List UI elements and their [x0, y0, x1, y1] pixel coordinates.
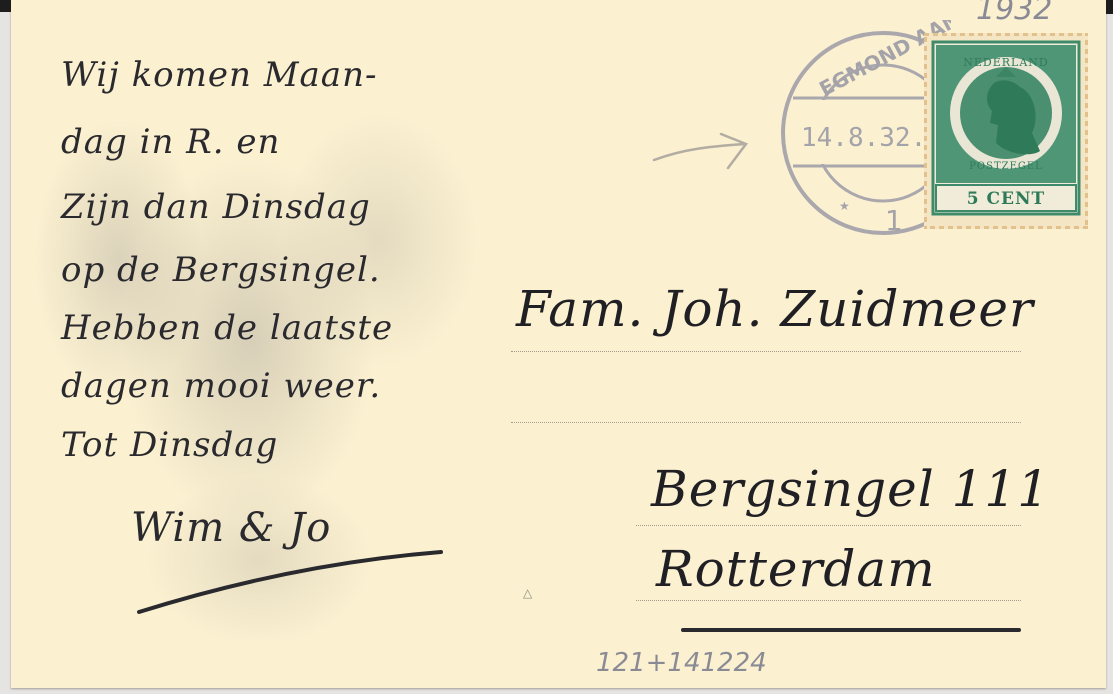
message-line: Wij komen Maan- — [61, 55, 377, 95]
address-name: Fam. Joh. Zuidmeer — [516, 280, 1034, 338]
triangle-mark-icon: △ — [523, 586, 532, 600]
address-line-1 — [511, 351, 1021, 352]
stamp-value: 5 CENT — [967, 189, 1045, 209]
message-line: dag in R. en — [61, 122, 280, 162]
message-line: Tot Dinsdag — [61, 425, 278, 465]
address-street: Bergsingel 111 — [651, 460, 1050, 518]
message-line: Hebben de laatste — [61, 308, 393, 348]
pencil-year-note: 1932 — [976, 0, 1052, 27]
message-line: Zijn dan Dinsdag — [61, 187, 371, 227]
address-line-4 — [636, 600, 1021, 601]
svg-text:★: ★ — [839, 199, 850, 213]
postcard: Wij komen Maan- dag in R. en Zijn dan Di… — [11, 0, 1106, 688]
stamp-label: POSTZEGEL — [969, 161, 1043, 172]
message-line: dagen mooi weer. — [61, 366, 381, 406]
scan-edge — [1106, 0, 1113, 14]
pencil-archive-number: 121+141224 — [596, 648, 767, 678]
address-line-2 — [511, 422, 1021, 423]
postage-stamp: NEDERLAND POSTZEGEL 5 CENT — [924, 33, 1088, 229]
address-city: Rotterdam — [656, 540, 936, 598]
scan-edge — [0, 0, 11, 12]
message-line: op de Bergsingel. — [61, 250, 381, 290]
address-line-3 — [636, 525, 1021, 526]
stamp-country: NEDERLAND — [963, 56, 1048, 69]
pencil-arrow-icon — [646, 130, 756, 180]
city-underline — [681, 628, 1021, 632]
signature-flourish — [121, 540, 451, 620]
postmark-number: 1 — [885, 204, 903, 237]
